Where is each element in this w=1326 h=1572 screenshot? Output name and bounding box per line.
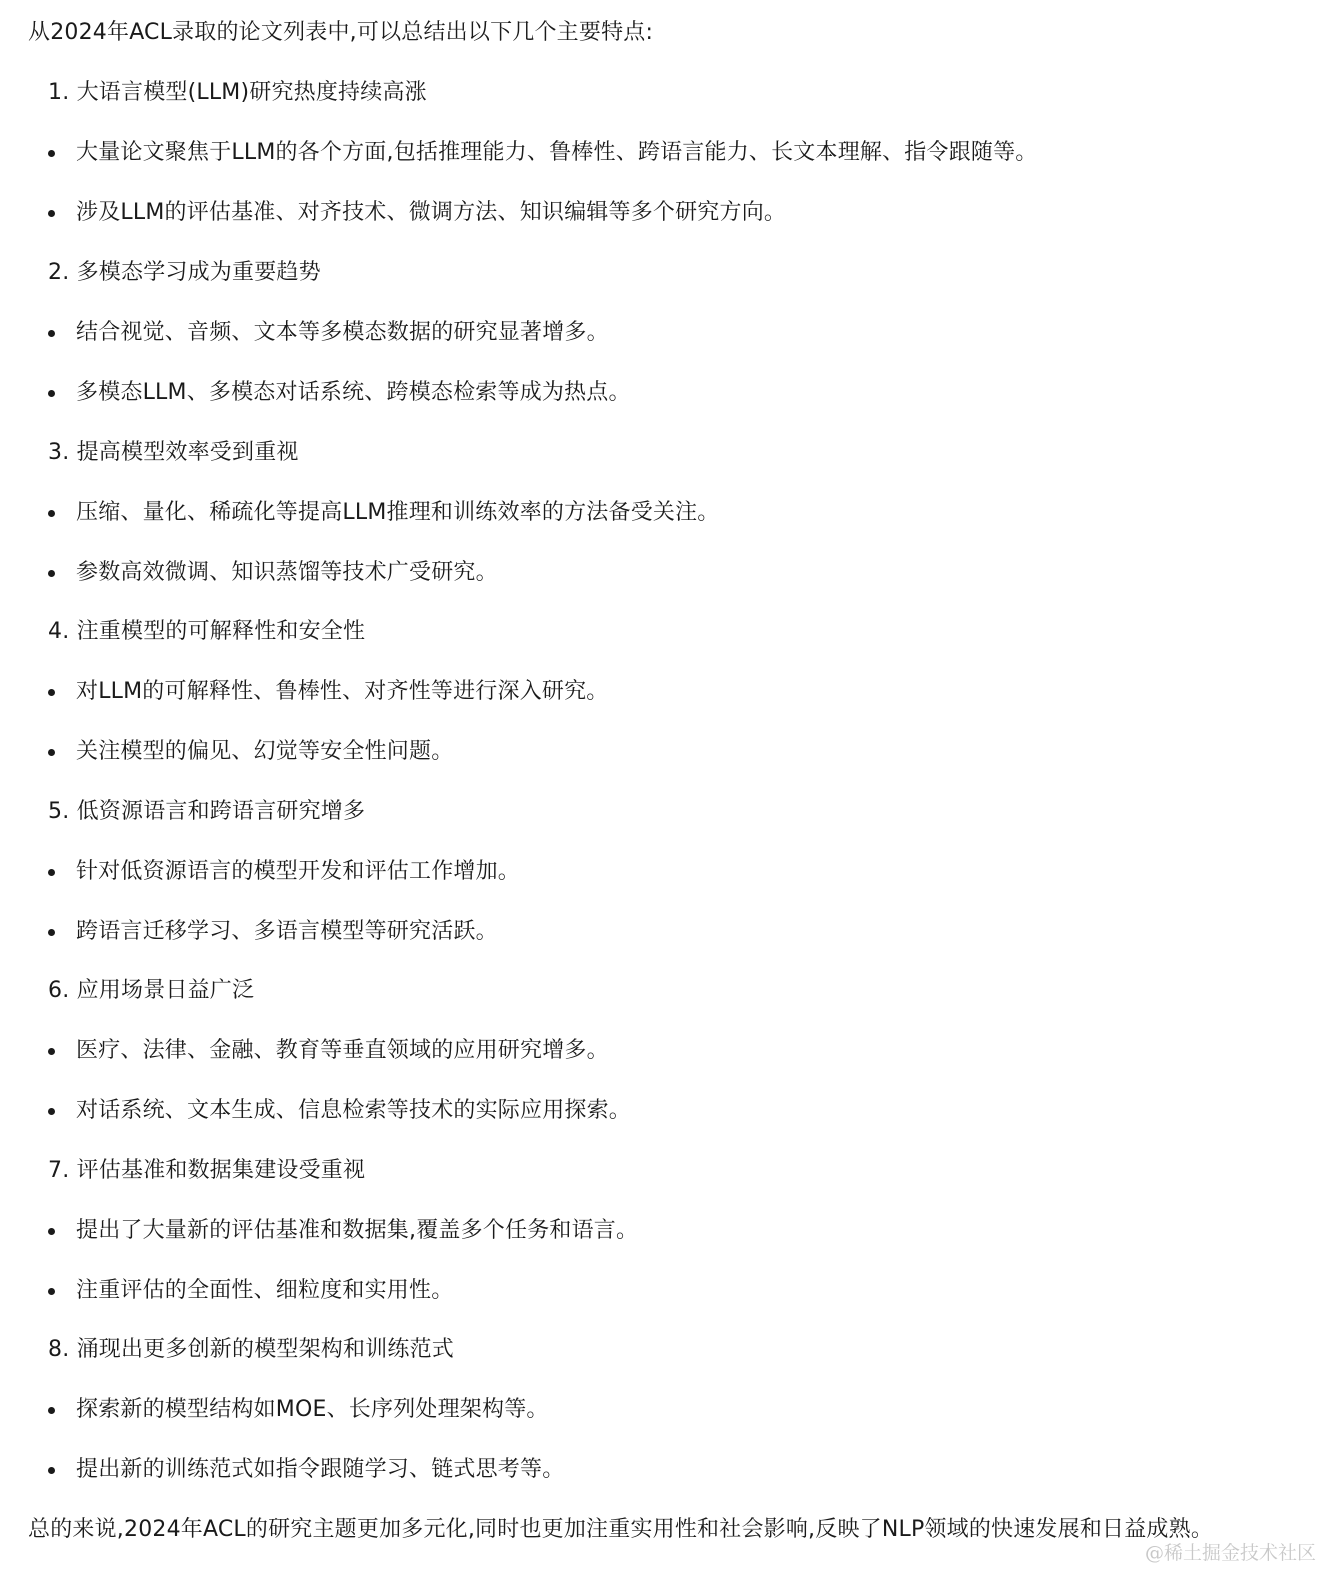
bullet-icon (48, 510, 55, 517)
bullet-icon (48, 1048, 55, 1055)
section-heading-8: 8. 涌现出更多创新的模型架构和训练范式 (48, 1335, 454, 1365)
bullet-icon (48, 570, 55, 577)
list-item: 多模态LLM、多模态对话系统、跨模态检索等成为热点。 (76, 378, 631, 408)
list-item: 针对低资源语言的模型开发和评估工作增加。 (76, 857, 520, 887)
bullet-icon (48, 689, 55, 696)
list-item: 压缩、量化、稀疏化等提高LLM推理和训练效率的方法备受关注。 (76, 498, 720, 528)
list-item: 参数高效微调、知识蒸馏等技术广受研究。 (76, 558, 498, 588)
conclusion-paragraph: 总的来说,2024年ACL的研究主题更加多元化,同时也更加注重实用性和社会影响,… (28, 1515, 1213, 1545)
bullet-icon (48, 1108, 55, 1115)
bullet-icon (48, 390, 55, 397)
intro-paragraph: 从2024年ACL录取的论文列表中,可以总结出以下几个主要特点: (28, 18, 653, 48)
bullet-icon (48, 749, 55, 756)
list-item: 跨语言迁移学习、多语言模型等研究活跃。 (76, 917, 498, 947)
section-heading-4: 4. 注重模型的可解释性和安全性 (48, 617, 365, 647)
bullet-icon (48, 1407, 55, 1414)
bullet-icon (48, 869, 55, 876)
section-heading-5: 5. 低资源语言和跨语言研究增多 (48, 797, 365, 827)
bullet-icon (48, 1228, 55, 1235)
section-heading-7: 7. 评估基准和数据集建设受重视 (48, 1156, 365, 1186)
list-item: 医疗、法律、金融、教育等垂直领域的应用研究增多。 (76, 1036, 609, 1066)
section-heading-1: 1. 大语言模型(LLM)研究热度持续高涨 (48, 78, 427, 108)
bullet-icon (48, 150, 55, 157)
list-item: 涉及LLM的评估基准、对齐技术、微调方法、知识编辑等多个研究方向。 (76, 198, 786, 228)
watermark: @稀土掘金技术社区 (1145, 1538, 1316, 1565)
bullet-icon (48, 1467, 55, 1474)
section-heading-6: 6. 应用场景日益广泛 (48, 976, 254, 1006)
bullet-icon (48, 929, 55, 936)
list-item: 关注模型的偏见、幻觉等安全性问题。 (76, 737, 453, 767)
bullet-icon (48, 210, 55, 217)
section-heading-3: 3. 提高模型效率受到重视 (48, 438, 299, 468)
list-item: 注重评估的全面性、细粒度和实用性。 (76, 1276, 453, 1306)
list-item: 提出新的训练范式如指令跟随学习、链式思考等。 (76, 1455, 564, 1485)
list-item: 对LLM的可解释性、鲁棒性、对齐性等进行深入研究。 (76, 677, 609, 707)
list-item: 探索新的模型结构如MOE、长序列处理架构等。 (76, 1395, 549, 1425)
list-item: 提出了大量新的评估基准和数据集,覆盖多个任务和语言。 (76, 1216, 638, 1246)
list-item: 大量论文聚焦于LLM的各个方面,包括推理能力、鲁棒性、跨语言能力、长文本理解、指… (76, 138, 1038, 168)
section-heading-2: 2. 多模态学习成为重要趋势 (48, 258, 321, 288)
list-item: 对话系统、文本生成、信息检索等技术的实际应用探索。 (76, 1096, 631, 1126)
bullet-icon (48, 330, 55, 337)
bullet-icon (48, 1288, 55, 1295)
list-item: 结合视觉、音频、文本等多模态数据的研究显著增多。 (76, 318, 609, 348)
